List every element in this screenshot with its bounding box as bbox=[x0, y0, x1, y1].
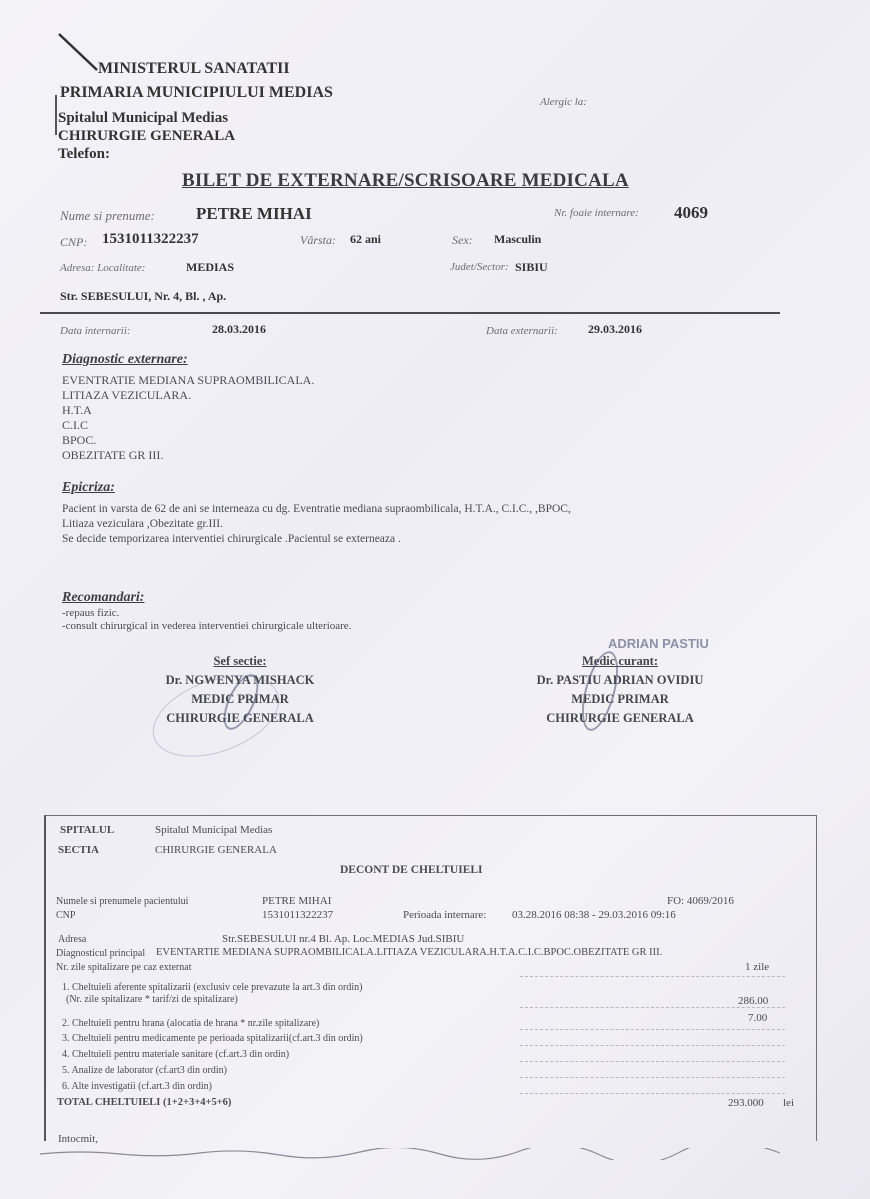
street-address: Str. SEBESULUI, Nr. 4, Bl. , Ap. bbox=[60, 289, 226, 304]
epicrisis-text: Pacient in varsta de 62 de ani se intern… bbox=[62, 502, 571, 547]
diagnosis-line: H.T.A bbox=[62, 403, 314, 418]
diagnosis-heading: Diagnostic externare: bbox=[62, 352, 188, 368]
expense-item-5: 5. Analize de laborator (cf.art3 din ord… bbox=[62, 1065, 227, 1076]
signature-right: Medic curant: Dr. PASTIU ADRIAN OVIDIU M… bbox=[505, 652, 735, 728]
decont-section: CHIRURGIE GENERALA bbox=[155, 844, 277, 856]
diagnosis-line: OBEZITATE GR III. bbox=[62, 448, 314, 463]
expense-item-3: 3. Cheltuieli pentru medicamente pe peri… bbox=[62, 1033, 363, 1044]
municipality-header: PRIMARIA MUNICIPIULUI MEDIAS bbox=[60, 84, 333, 102]
decont-days: 1 zile bbox=[745, 961, 769, 973]
county-label: Judet/Sector: bbox=[450, 261, 509, 273]
decont-period-label: Perioada internare: bbox=[403, 909, 486, 921]
epicrisis-line: Se decide temporizarea interventiei chir… bbox=[62, 532, 571, 547]
leader-dots bbox=[520, 1045, 785, 1046]
decont-address: Str.SEBESULUI nr.4 Bl. Ap. Loc.MEDIAS Ju… bbox=[222, 933, 464, 945]
expense-item-1-sub: (Nr. zile spitalizare * tarif/zi de spit… bbox=[66, 994, 238, 1005]
phone-label: Telefon: bbox=[58, 146, 110, 163]
locality-value: MEDIAS bbox=[186, 260, 234, 275]
record-number: 4069 bbox=[674, 203, 708, 223]
document-title: BILET DE EXTERNARE/SCRISOARE MEDICALA bbox=[182, 170, 629, 192]
signature-right-role: Medic curant: bbox=[505, 652, 735, 671]
prepared-by-label: Intocmit, bbox=[58, 1133, 98, 1145]
decont-period: 03.28.2016 08:38 - 29.03.2016 09:16 bbox=[512, 909, 676, 921]
binder-mark bbox=[55, 95, 57, 135]
signature-right-name: Dr. PASTIU ADRIAN OVIDIU bbox=[505, 671, 735, 690]
total-label: TOTAL CHELTUIELI (1+2+3+4+5+6) bbox=[57, 1097, 231, 1108]
sex-label: Sex: bbox=[452, 233, 473, 248]
hospital-name: Spitalul Municipal Medias bbox=[58, 110, 228, 127]
divider-line bbox=[40, 312, 780, 314]
expense-item-2: 2. Cheltuieli pentru hrana (alocatia de … bbox=[62, 1018, 319, 1029]
department-name: CHIRURGIE GENERALA bbox=[58, 128, 235, 145]
admission-date: 28.03.2016 bbox=[212, 322, 266, 337]
diagnosis-line: EVENTRATIE MEDIANA SUPRAOMBILICALA. bbox=[62, 373, 314, 388]
cnp-label: CNP: bbox=[60, 235, 87, 250]
expense-item-1-value: 286.00 bbox=[738, 995, 768, 1007]
epicrisis-line: Pacient in varsta de 62 de ani se intern… bbox=[62, 502, 571, 517]
expense-item-2-value: 7.00 bbox=[748, 1012, 767, 1024]
diagnosis-line: C.I.C bbox=[62, 418, 314, 433]
epicrisis-line: Litiaza veziculara ,Obezitate gr.III. bbox=[62, 517, 571, 532]
decont-patient-label: Numele si prenumele pacientului bbox=[56, 896, 188, 907]
decont-cnp-label: CNP bbox=[56, 910, 75, 921]
signature-right-dept: CHIRURGIE GENERALA bbox=[505, 709, 735, 728]
age-value: 62 ani bbox=[350, 232, 381, 247]
leader-dots bbox=[520, 1029, 785, 1030]
decont-hospital: Spitalul Municipal Medias bbox=[155, 824, 272, 836]
decont-hospital-label: SPITALUL bbox=[60, 824, 114, 836]
recommendation-line: -repaus fizic. bbox=[62, 607, 351, 620]
name-label: Nume si prenume: bbox=[60, 208, 155, 224]
diagnosis-line: LITIAZA VEZICULARA. bbox=[62, 388, 314, 403]
signature-right-title: MEDIC PRIMAR bbox=[505, 690, 735, 709]
decont-patient: PETRE MIHAI bbox=[262, 895, 331, 907]
torn-edge bbox=[40, 1148, 780, 1160]
age-label: Vârsta: bbox=[300, 233, 336, 248]
leader-dots bbox=[520, 1093, 785, 1094]
decont-diagnosis: EVENTARTIE MEDIANA SUPRAOMBILICALA.LITIA… bbox=[156, 947, 662, 958]
total-value: 293.000 bbox=[728, 1097, 764, 1109]
ministry-header: MINISTERUL SANATATII bbox=[98, 60, 290, 78]
signature-left-role: Sef sectie: bbox=[130, 652, 350, 671]
address-label: Adresa: Localitate: bbox=[60, 262, 145, 274]
leader-dots bbox=[520, 976, 785, 977]
decont-cnp: 1531011322237 bbox=[262, 909, 333, 921]
leader-dots bbox=[520, 1007, 785, 1008]
admission-label: Data internarii: bbox=[60, 325, 131, 337]
record-label: Nr. foaie internare: bbox=[554, 207, 639, 219]
decont-title: DECONT DE CHELTUIELI bbox=[340, 864, 483, 876]
discharge-date: 29.03.2016 bbox=[588, 322, 642, 337]
decont-section-label: SECTIA bbox=[58, 844, 99, 856]
total-currency: lei bbox=[783, 1097, 794, 1109]
recommendations-list: -repaus fizic. -consult chirurgical in v… bbox=[62, 607, 351, 633]
discharge-label: Data externarii: bbox=[486, 325, 558, 337]
expense-item-4: 4. Cheltuieli pentru materiale sanitare … bbox=[62, 1049, 289, 1060]
diagnosis-line: BPOC. bbox=[62, 433, 314, 448]
patient-name: PETRE MIHAI bbox=[196, 204, 312, 224]
expense-item-1: 1. Cheltuieli aferente spitalizarii (exc… bbox=[62, 982, 362, 993]
decont-diagnosis-label: Diagnosticul principal bbox=[56, 948, 145, 959]
leader-dots bbox=[520, 1061, 785, 1062]
sex-value: Masculin bbox=[494, 232, 541, 247]
decont-fo: FO: 4069/2016 bbox=[667, 895, 734, 907]
cnp-value: 1531011322237 bbox=[102, 231, 199, 248]
expense-item-6: 6. Alte investigatii (cf.art.3 din ordin… bbox=[62, 1081, 212, 1092]
stamp-right-text: ADRIAN PASTIU bbox=[608, 636, 709, 651]
epicrisis-heading: Epicriza: bbox=[62, 480, 115, 496]
diagnosis-list: EVENTRATIE MEDIANA SUPRAOMBILICALA. LITI… bbox=[62, 373, 314, 463]
decont-days-label: Nr. zile spitalizare pe caz externat bbox=[56, 962, 191, 973]
decont-address-label: Adresa bbox=[58, 934, 86, 945]
leader-dots bbox=[520, 1077, 785, 1078]
county-value: SIBIU bbox=[515, 260, 548, 275]
allergy-label: Alergic la: bbox=[540, 96, 587, 108]
recommendation-line: -consult chirurgical in vederea interven… bbox=[62, 620, 351, 633]
recommendations-heading: Recomandari: bbox=[62, 590, 144, 606]
